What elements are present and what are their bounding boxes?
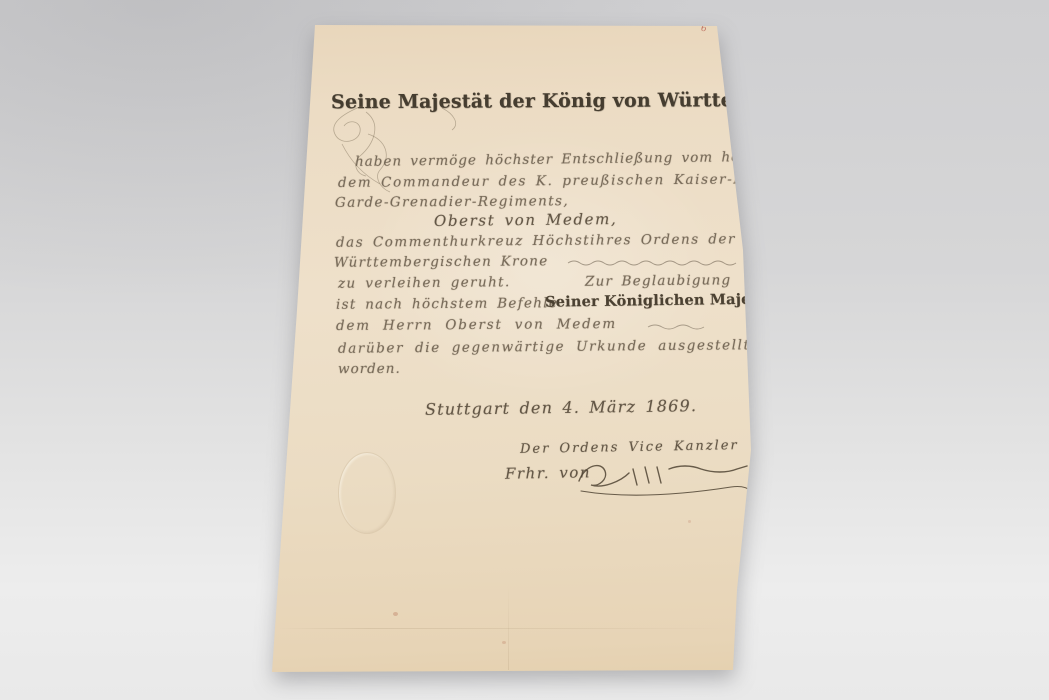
embossed-blind-seal [338,452,396,534]
body-line: Württembergischen Krone [334,253,549,270]
signature-flourish [575,455,765,505]
document-photo: 6 Seine Majestät der König von Württembe… [0,0,1049,700]
foxing-spot [688,520,691,523]
body-line-fraktur-majestaet: Seiner Königlichen Majestät [545,290,782,310]
body-line: worden. [338,361,401,377]
foxing-spot [393,612,398,616]
corner-number-mark: 6 [700,24,707,35]
fold-crease-horizontal [278,628,730,629]
ink-filler-dash [648,323,704,331]
foxing-spot [502,641,506,644]
body-line: zu verleihen geruht. [338,274,511,292]
photo-backdrop: 6 Seine Majestät der König von Württembe… [0,0,1049,700]
body-line: dem Commandeur des K. preußischen Kaiser… [338,171,787,191]
body-line: Zur Beglaubigung [585,272,731,290]
body-line-recipient: Oberst von Medem, [434,210,617,230]
body-line: das Commenthurkreuz Höchstihres Ordens d… [336,231,736,250]
body-line: darüber die gegenwärtige Urkunde ausgest… [338,337,751,357]
ink-filler-squiggle [568,258,746,268]
body-line: dem Herrn Oberst von Medem [336,316,617,334]
fold-crease-vertical [508,583,509,670]
body-line: ist nach höchstem Befehle [336,295,558,313]
date-line: Stuttgart den 4. März 1869. [425,396,697,419]
body-line: Garde-Grenadier-Regiments, [335,193,569,211]
document-paper: 6 Seine Majestät der König von Württembe… [0,0,1049,700]
